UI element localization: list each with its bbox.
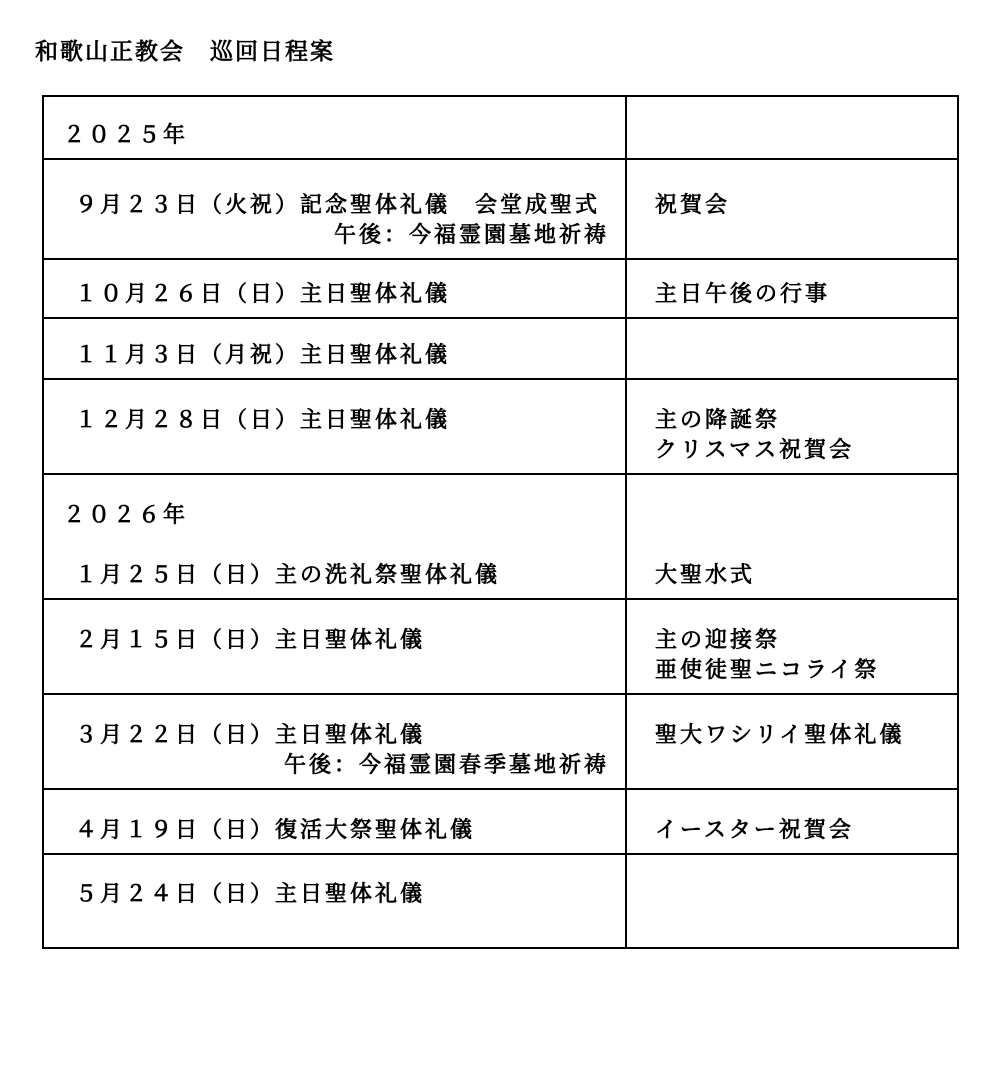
document-title: 和歌山正教会 巡回日程案 <box>35 33 335 66</box>
schedule-line <box>655 531 957 561</box>
schedule-cell-right: 大聖水式 <box>626 474 958 599</box>
schedule-cell-right <box>626 96 958 159</box>
schedule-cell-right: イースター祝賀会 <box>626 789 958 854</box>
schedule-cell-left: ２０２６年 １月２５日（日）主の洗礼祭聖体礼儀 <box>43 474 626 599</box>
table-row: ９月２３日（火祝）記念聖体礼儀 会堂成聖式午後：今福霊園墓地祈祷祝賀会 <box>43 159 958 259</box>
schedule-cell-left: １２月２８日（日）主日聖体礼儀 <box>43 379 626 474</box>
schedule-cell-right: 主日午後の行事 <box>626 259 958 318</box>
table-row: ３月２２日（日）主日聖体礼儀午後：今福霊園春季墓地祈祷聖大ワシリイ聖体礼儀 <box>43 694 958 789</box>
schedule-cell-left: ３月２２日（日）主日聖体礼儀午後：今福霊園春季墓地祈祷 <box>43 694 626 789</box>
schedule-line: イースター祝賀会 <box>655 816 957 846</box>
schedule-line: 主日午後の行事 <box>655 280 957 310</box>
schedule-line: １月２５日（日）主の洗礼祭聖体礼儀 <box>75 561 625 591</box>
schedule-cell-right <box>626 854 958 948</box>
schedule-line <box>655 751 957 781</box>
table-row: １２月２８日（日）主日聖体礼儀 主の降誕祭クリスマス祝賀会 <box>43 379 958 474</box>
table-row: ５月２４日（日）主日聖体礼儀 <box>43 854 958 948</box>
schedule-line: 主の迎接祭 <box>655 626 957 656</box>
year-label <box>63 531 625 561</box>
schedule-cell-right <box>626 318 958 379</box>
schedule-line: 午後：今福霊園春季墓地祈祷 <box>44 751 609 781</box>
schedule-line: 亜使徒聖ニコライ祭 <box>655 656 957 686</box>
table-row: ２０２６年 １月２５日（日）主の洗礼祭聖体礼儀 大聖水式 <box>43 474 958 599</box>
schedule-cell-left: ２０２５年 <box>43 96 626 159</box>
schedule-cell-left: ２月１５日（日）主日聖体礼儀 <box>43 599 626 694</box>
schedule-table-body: ２０２５年９月２３日（火祝）記念聖体礼儀 会堂成聖式午後：今福霊園墓地祈祷祝賀会… <box>43 96 958 948</box>
schedule-line <box>75 656 625 686</box>
schedule-line: ４月１９日（日）復活大祭聖体礼儀 <box>75 816 625 846</box>
schedule-line <box>655 501 957 531</box>
schedule-line: 大聖水式 <box>655 561 957 591</box>
schedule-line: 午後：今福霊園墓地祈祷 <box>44 221 609 251</box>
schedule-line: ３月２２日（日）主日聖体礼儀 <box>75 721 625 751</box>
schedule-cell-right: 祝賀会 <box>626 159 958 259</box>
document-page: 和歌山正教会 巡回日程案 ２０２５年９月２３日（火祝）記念聖体礼儀 会堂成聖式午… <box>0 0 1000 1092</box>
schedule-line: １１月３日（月祝）主日聖体礼儀 <box>75 341 625 371</box>
schedule-line: 主の降誕祭 <box>655 406 957 436</box>
schedule-cell-right: 聖大ワシリイ聖体礼儀 <box>626 694 958 789</box>
schedule-line: ２月１５日（日）主日聖体礼儀 <box>75 626 625 656</box>
schedule-line <box>75 910 625 940</box>
schedule-line: １０月２６日（日）主日聖体礼儀 <box>75 280 625 310</box>
schedule-cell-left: ９月２３日（火祝）記念聖体礼儀 会堂成聖式午後：今福霊園墓地祈祷 <box>43 159 626 259</box>
table-row: １１月３日（月祝）主日聖体礼儀 <box>43 318 958 379</box>
schedule-cell-left: １０月２６日（日）主日聖体礼儀 <box>43 259 626 318</box>
schedule-line: 聖大ワシリイ聖体礼儀 <box>655 721 957 751</box>
schedule-line: ５月２４日（日）主日聖体礼儀 <box>75 880 625 910</box>
schedule-cell-right: 主の降誕祭クリスマス祝賀会 <box>626 379 958 474</box>
schedule-cell-left: １１月３日（月祝）主日聖体礼儀 <box>43 318 626 379</box>
schedule-line: １２月２８日（日）主日聖体礼儀 <box>75 406 625 436</box>
schedule-line <box>75 436 625 466</box>
table-row: １０月２６日（日）主日聖体礼儀主日午後の行事 <box>43 259 958 318</box>
schedule-line: クリスマス祝賀会 <box>655 436 957 466</box>
table-row: ４月１９日（日）復活大祭聖体礼儀イースター祝賀会 <box>43 789 958 854</box>
year-label: ２０２６年 <box>63 501 625 531</box>
table-row: ２０２５年 <box>43 96 958 159</box>
schedule-cell-right: 主の迎接祭亜使徒聖ニコライ祭 <box>626 599 958 694</box>
schedule-line <box>655 221 957 251</box>
schedule-cell-left: ５月２４日（日）主日聖体礼儀 <box>43 854 626 948</box>
schedule-table: ２０２５年９月２３日（火祝）記念聖体礼儀 会堂成聖式午後：今福霊園墓地祈祷祝賀会… <box>42 95 959 949</box>
table-row: ２月１５日（日）主日聖体礼儀 主の迎接祭亜使徒聖ニコライ祭 <box>43 599 958 694</box>
schedule-line: 祝賀会 <box>655 191 957 221</box>
year-label: ２０２５年 <box>63 121 625 151</box>
schedule-line: ９月２３日（火祝）記念聖体礼儀 会堂成聖式 <box>75 191 625 221</box>
schedule-cell-left: ４月１９日（日）復活大祭聖体礼儀 <box>43 789 626 854</box>
